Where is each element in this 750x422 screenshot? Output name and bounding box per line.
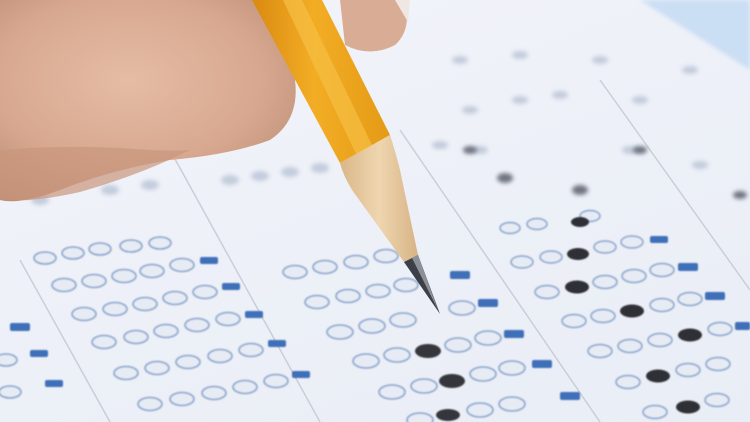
bubbles-center-column bbox=[283, 250, 525, 422]
pencil bbox=[252, 0, 440, 314]
answer-sheet bbox=[0, 0, 750, 422]
blue-accent bbox=[640, 0, 750, 70]
bubbles-right-column bbox=[500, 211, 732, 419]
photo-scene bbox=[0, 0, 750, 422]
bubbles-left-column bbox=[0, 237, 288, 411]
question-numbers-right bbox=[650, 236, 750, 330]
question-numbers-center bbox=[450, 271, 580, 400]
filled-bubbles-far bbox=[463, 146, 747, 199]
